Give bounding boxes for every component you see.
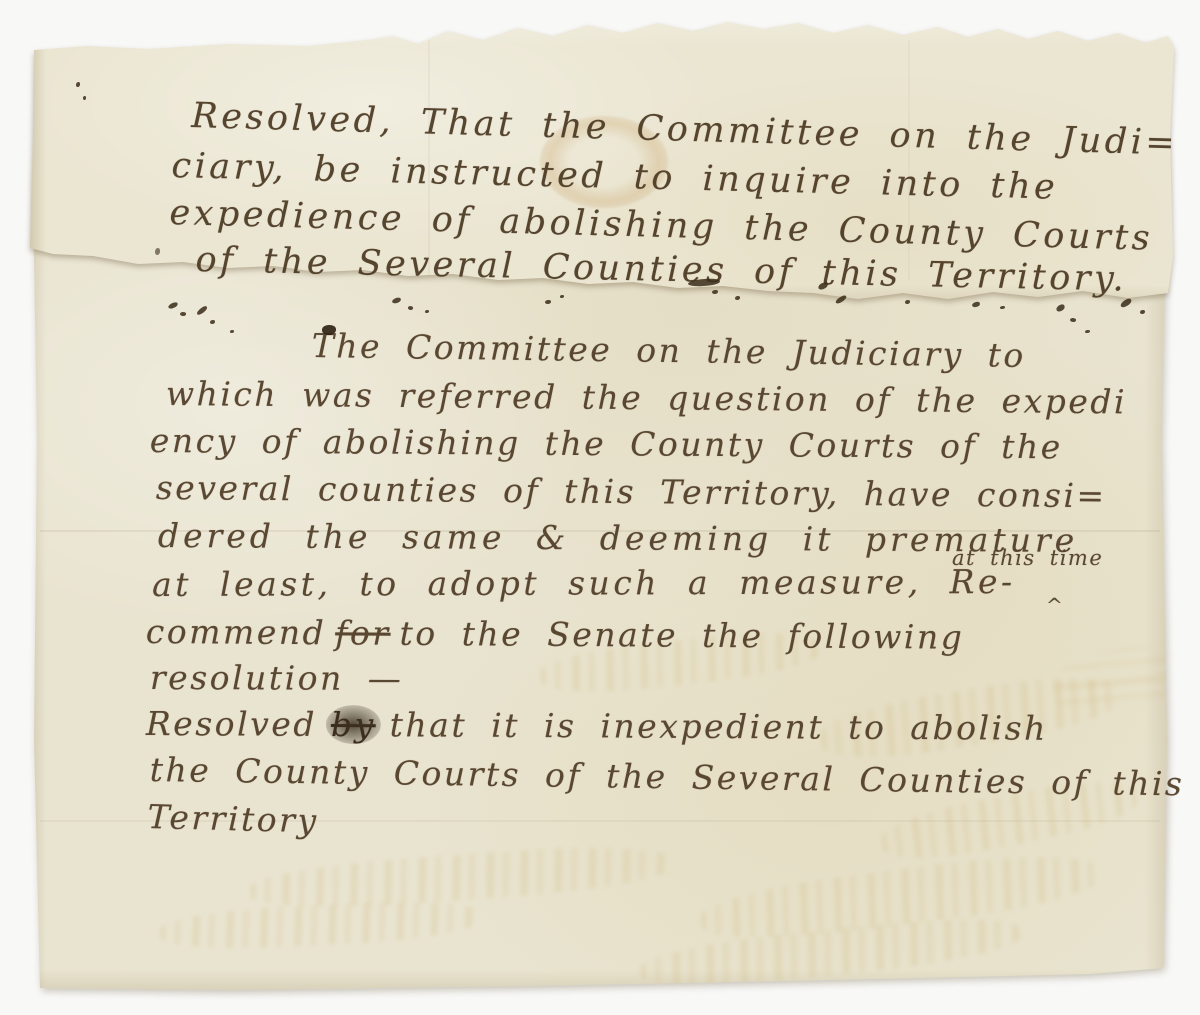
handwritten-line: Territory xyxy=(147,797,319,840)
handwritten-line: which was referred the question of the e… xyxy=(166,374,1128,421)
line-text: commend xyxy=(146,612,327,652)
handwritten-line: at least, to adopt such a measure, Re- xyxy=(152,562,1016,604)
blotted-word: by xyxy=(326,705,381,744)
document-photo: Resolved, That the Committee on the Judi… xyxy=(0,0,1200,1015)
bleedthrough-mark xyxy=(159,897,481,954)
handwritten-line: Resolvedbythat it is inexpedient to abol… xyxy=(146,704,1048,748)
bleedthrough-mark xyxy=(1051,640,1180,720)
line-text: to the Senate the following xyxy=(399,614,964,657)
interlinear-insertion: at this time xyxy=(952,546,1103,570)
handwritten-line: ency of abolishing the County Courts of … xyxy=(150,421,1063,466)
handwritten-line: dered the same & deeming it premature xyxy=(158,516,1079,560)
bleedthrough-mark xyxy=(249,840,671,914)
handwritten-line: several counties of this Territory, have… xyxy=(156,468,1107,515)
line-text: Resolved xyxy=(146,704,317,744)
insertion-caret: ^ xyxy=(1046,593,1065,617)
handwritten-line: commendforto the Senate the following xyxy=(146,612,965,657)
line-text: that it is inexpedient to abolish xyxy=(390,705,1048,747)
struck-word: for xyxy=(335,613,391,652)
handwritten-line: resolution — xyxy=(150,658,403,698)
